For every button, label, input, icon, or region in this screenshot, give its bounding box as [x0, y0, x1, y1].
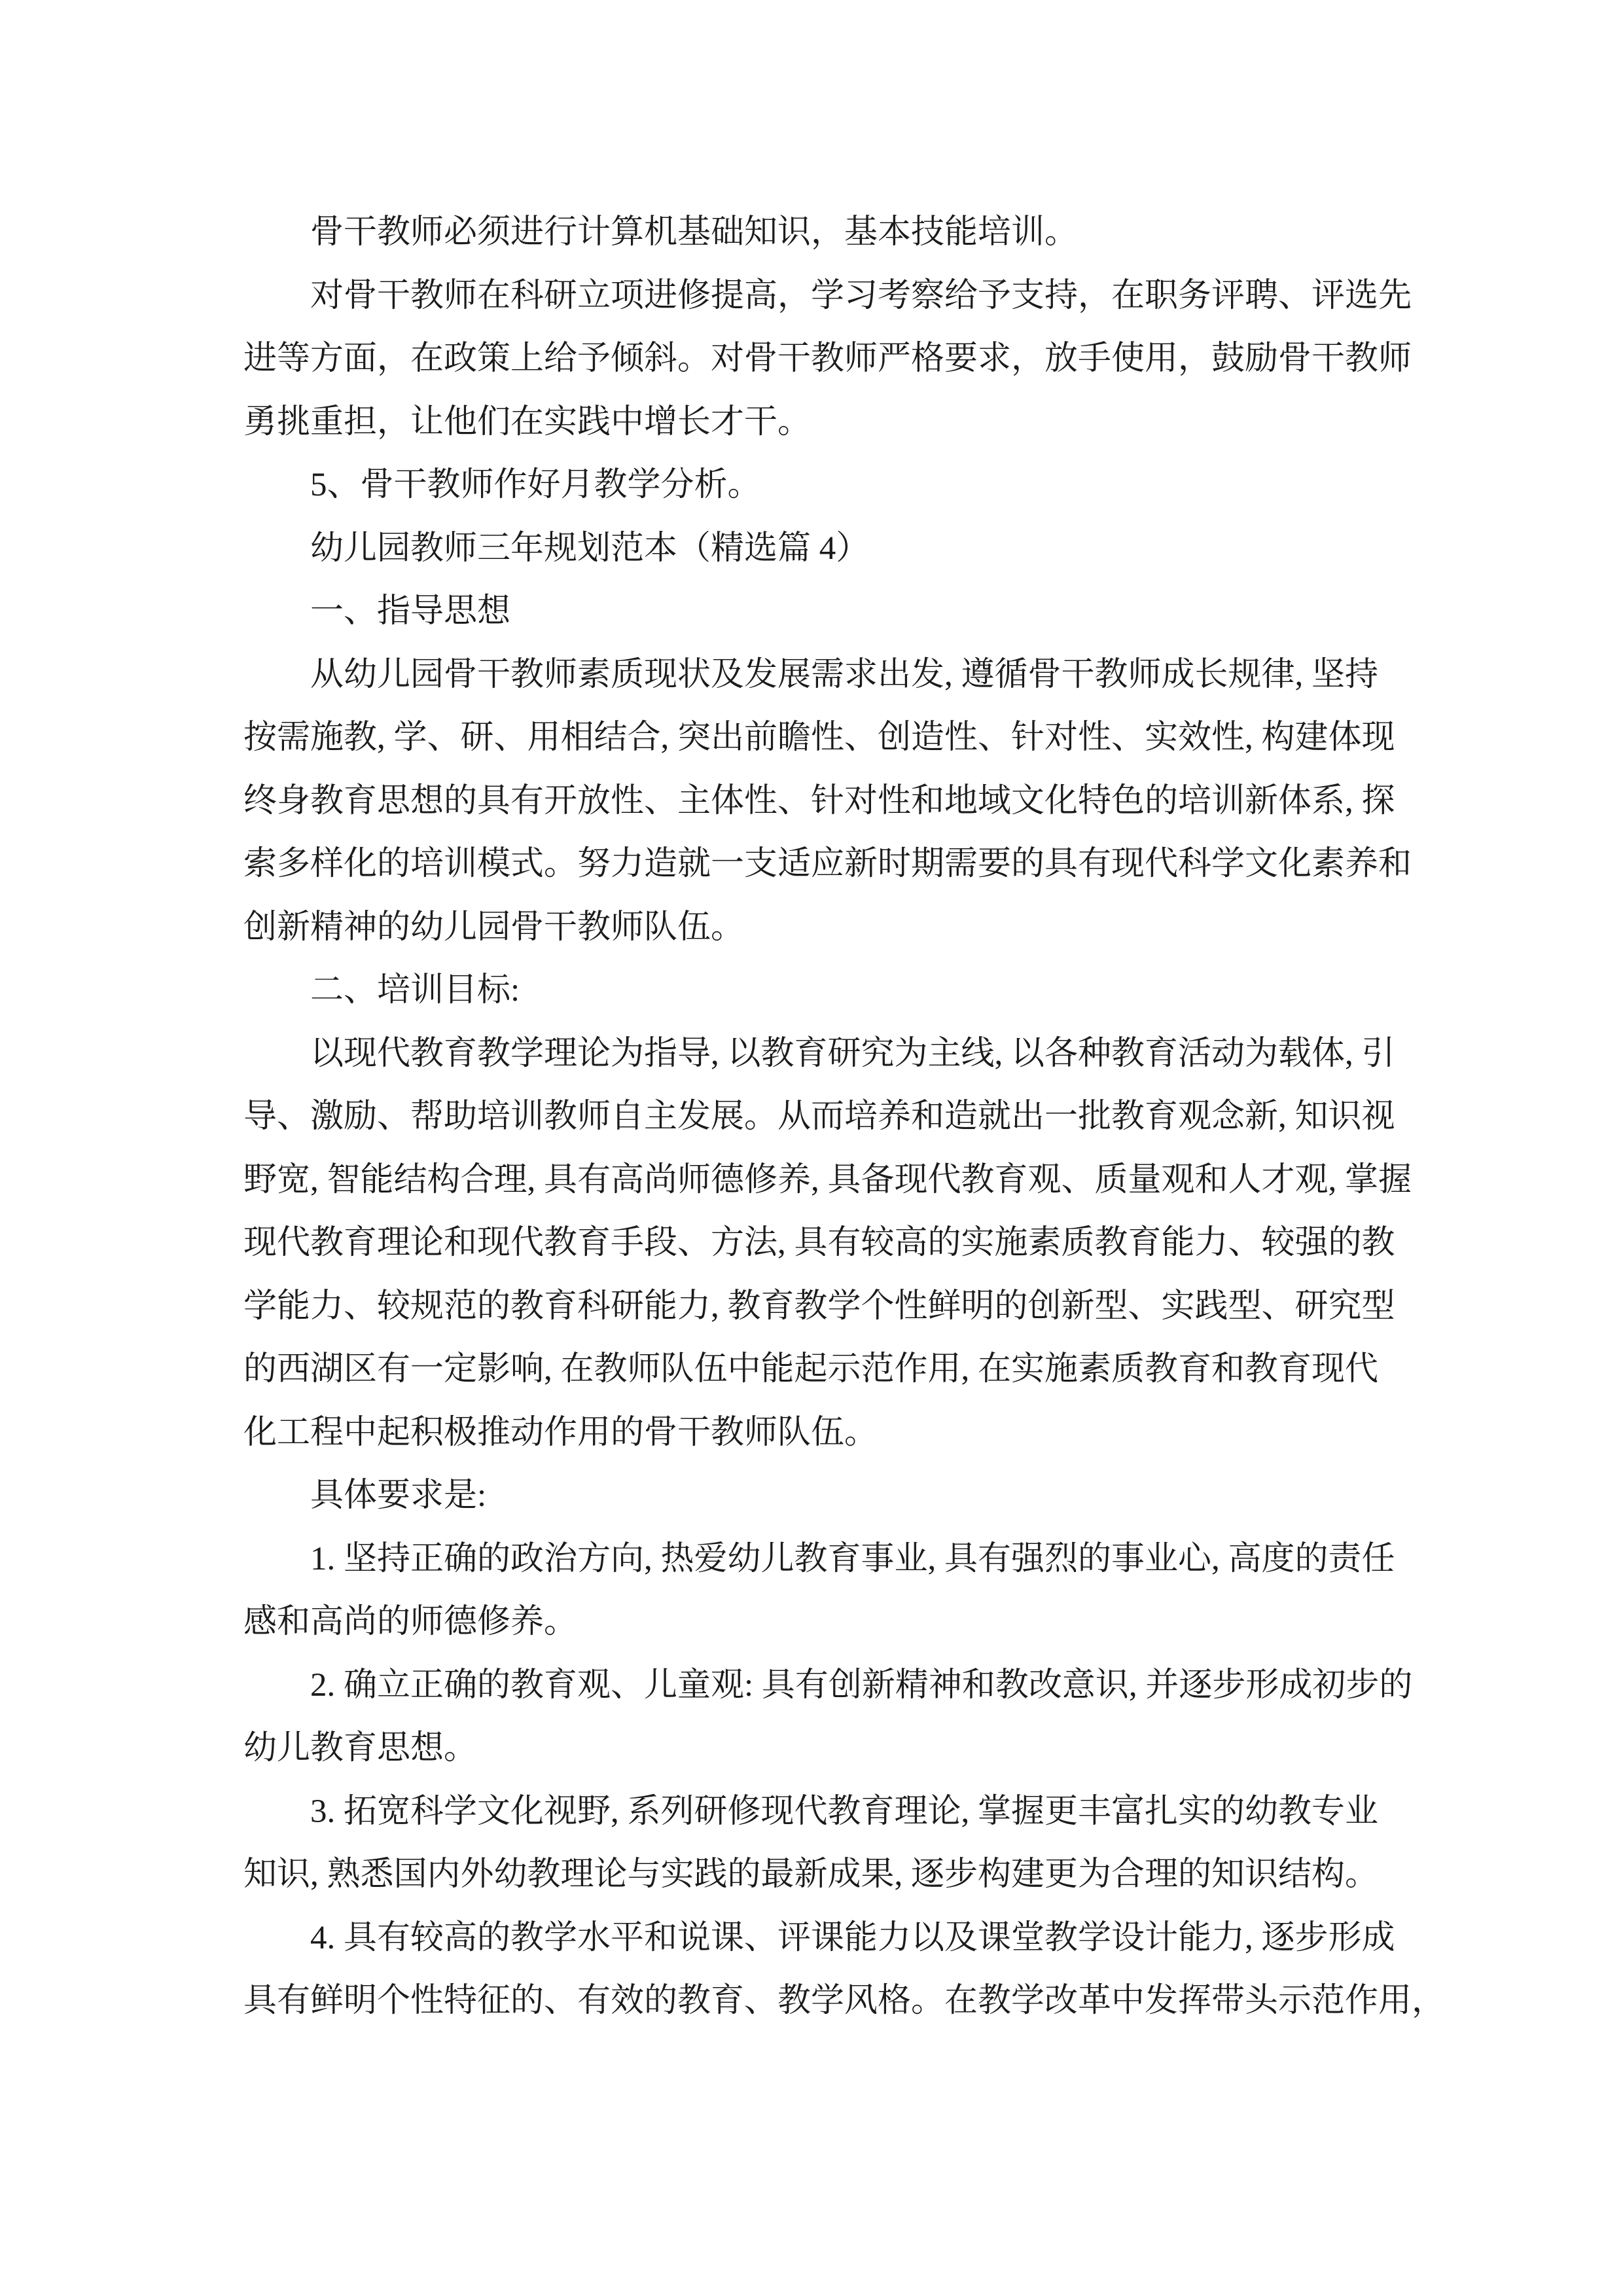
text-line: 幼儿园教师三年规划范本（精选篇 4） — [243, 517, 1415, 581]
text-line: 4. 具有较高的教学水平和说课、评课能力以及课堂教学设计能力, 逐步形成 — [243, 1907, 1415, 1970]
text-line: 现代教育理论和现代教育手段、方法, 具有较高的实施素质教育能力、较强的教 — [243, 1211, 1415, 1275]
text-line: 化工程中起积极推动作用的骨干教师队伍。 — [243, 1401, 1415, 1465]
text-line: 按需施教, 学、研、用相结合, 突出前瞻性、创造性、针对性、实效性, 构建体现 — [243, 706, 1415, 770]
text-line: 进等方面，在政策上给予倾斜。对骨干教师严格要求，放手使用，鼓励骨干教师 — [243, 327, 1415, 391]
text-line: 知识, 熟悉国内外幼教理论与实践的最新成果, 逐步构建更为合理的知识结构。 — [243, 1843, 1415, 1907]
text-line: 幼儿教育思想。 — [243, 1717, 1415, 1780]
text-line: 学能力、较规范的教育科研能力, 教育教学个性鲜明的创新型、实践型、研究型 — [243, 1275, 1415, 1338]
text-line: 勇挑重担，让他们在实践中增长才干。 — [243, 391, 1415, 454]
text-line: 5、骨干教师作好月教学分析。 — [243, 454, 1415, 517]
text-line: 索多样化的培训模式。努力造就一支适应新时期需要的具有现代科学文化素养和 — [243, 833, 1415, 896]
text-line: 一、指导思想 — [243, 580, 1415, 643]
text-line: 二、培训目标: — [243, 959, 1415, 1022]
text-line: 野宽, 智能结构合理, 具有高尚师德修养, 具备现代教育观、质量观和人才观, 掌… — [243, 1149, 1415, 1212]
text-line: 具体要求是: — [243, 1464, 1415, 1528]
text-line: 3. 拓宽科学文化视野, 系列研修现代教育理论, 掌握更丰富扎实的幼教专业 — [243, 1780, 1415, 1844]
text-line: 具有鲜明个性特征的、有效的教育、教学风格。在教学改革中发挥带头示范作用， — [243, 1969, 1415, 2033]
text-line: 以现代教育教学理论为指导, 以教育研究为主线, 以各种教育活动为载体, 引 — [243, 1022, 1415, 1086]
document-page: 骨干教师必须进行计算机基础知识，基本技能培训。对骨干教师在科研立项进修提高，学习… — [0, 0, 1623, 2296]
text-line: 创新精神的幼儿园骨干教师队伍。 — [243, 896, 1415, 960]
text-line: 骨干教师必须进行计算机基础知识，基本技能培训。 — [243, 201, 1415, 264]
text-line: 2. 确立正确的教育观、儿童观: 具有创新精神和教改意识, 并逐步形成初步的 — [243, 1654, 1415, 1717]
text-line: 对骨干教师在科研立项进修提高，学习考察给予支持，在职务评聘、评选先 — [243, 264, 1415, 328]
text-line: 1. 坚持正确的政治方向, 热爱幼儿教育事业, 具有强烈的事业心, 高度的责任 — [243, 1528, 1415, 1591]
text-line: 导、激励、帮助培训教师自主发展。从而培养和造就出一批教育观念新, 知识视 — [243, 1085, 1415, 1149]
text-line: 从幼儿园骨干教师素质现状及发展需求出发, 遵循骨干教师成长规律, 坚持 — [243, 643, 1415, 707]
text-line: 终身教育思想的具有开放性、主体性、针对性和地域文化特色的培训新体系, 探 — [243, 770, 1415, 833]
text-line: 的西湖区有一定影响, 在教师队伍中能起示范作用, 在实施素质教育和教育现代 — [243, 1338, 1415, 1401]
document-text-block: 骨干教师必须进行计算机基础知识，基本技能培训。对骨干教师在科研立项进修提高，学习… — [243, 201, 1415, 2033]
text-line: 感和高尚的师德修养。 — [243, 1590, 1415, 1654]
